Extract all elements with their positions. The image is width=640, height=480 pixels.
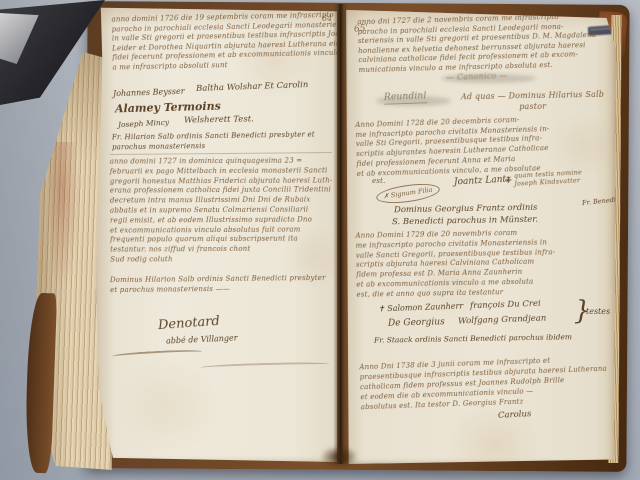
entry-1727: anno domini 1727 in dominica quinquagesi… [110,156,333,265]
entry-divider [110,152,332,156]
witness-note: quam testis nomineJoseph Kindsvatter [514,168,583,188]
signature-johannes-beysser: Johannes Beysser [113,87,185,98]
signature-joseph-mincy: Joseph Mincy [118,118,170,130]
signature-wolshar: Baltha Wolshar Et Carolin [196,80,309,94]
handwriting-line: februarii ex pago Mittelbach in ecclesia… [110,166,333,177]
handwriting-line: et excommunicationis vinculo absolutus f… [110,225,333,236]
signature-welsherett: Welsherett Test. [184,114,254,125]
clergy-note-1726: Fr. Hilarion Salb ordinis Sancti Benedic… [112,131,315,153]
handwriting-line: et parochus monasteriensis —— [110,283,326,295]
margin-note: Reundinl [384,92,427,104]
flourish-stroke [112,349,202,360]
right-page: 65' anno dni 1727 die 2 novembris coram … [346,8,616,464]
entry-1728: Anno Domini 1728 die 20 decembris coram-… [355,115,551,179]
signature-alamey-termoins: Alamey Termoins [115,100,221,116]
manuscript-photo: 64 anno domini 1726 die 19 septembris co… [0,0,640,480]
witness-francois-ducrei: françois Du Crei [470,299,541,311]
entry-1728-end: est. [372,177,386,187]
gutter-blotch [320,446,358,468]
witness-cross: + [504,175,512,186]
entry-1726: anno domini 1726 die 19 septembris coram… [111,10,354,73]
clergy-parochus-munster: S. Benedicti parochus in Münster. [392,215,538,228]
entry-1727-november: anno dni 1727 die 2 novembris coram me i… [357,12,597,76]
flourish-stroke [200,361,330,370]
gutter-shadow [333,4,348,464]
entry-1729: Anno Domini 1729 die 20 novembris coramm… [355,228,556,300]
handwriting-line: Sud rodig coluth [110,254,333,265]
witness-brace-label: testes [586,307,610,316]
witness-fr-staack: Fr. Staack ordinis Sancti Benedicti paro… [374,332,572,344]
left-page: 64 anno domini 1726 die 19 septembris co… [96,5,337,462]
attestation: Ad quas — Dominus Hilarius Salbpastor [461,89,605,113]
handwriting-line: parochus monasteriensis [112,140,315,152]
signature-abbe-title: abbé de Villanger [166,333,238,345]
entry-1738: Anno Dni 1738 die 3 junii coram me infra… [359,354,608,413]
witness-salomon-zaunherr: ✝ Salomon Zaunherr [378,302,463,314]
clergy-note-1727: Dominus Hilarion Salb ordinis Sancti Ben… [110,274,326,295]
clergy-georgius-frantz: Dominus Georgius Frantz ordinis [394,203,538,216]
signature-carolus: Carolus [498,409,532,421]
signature-denotard: Denotard [158,314,221,333]
witness-wolfgang-grandjean: Wolfgang Grandjean [458,313,547,326]
witness-de-georgius: De Georgius [388,317,445,328]
signature-joantz-lantz: Joantz Lantz [454,175,511,188]
handwriting-line: regii emisit, et ab eodem Illustrissimo … [110,215,333,226]
